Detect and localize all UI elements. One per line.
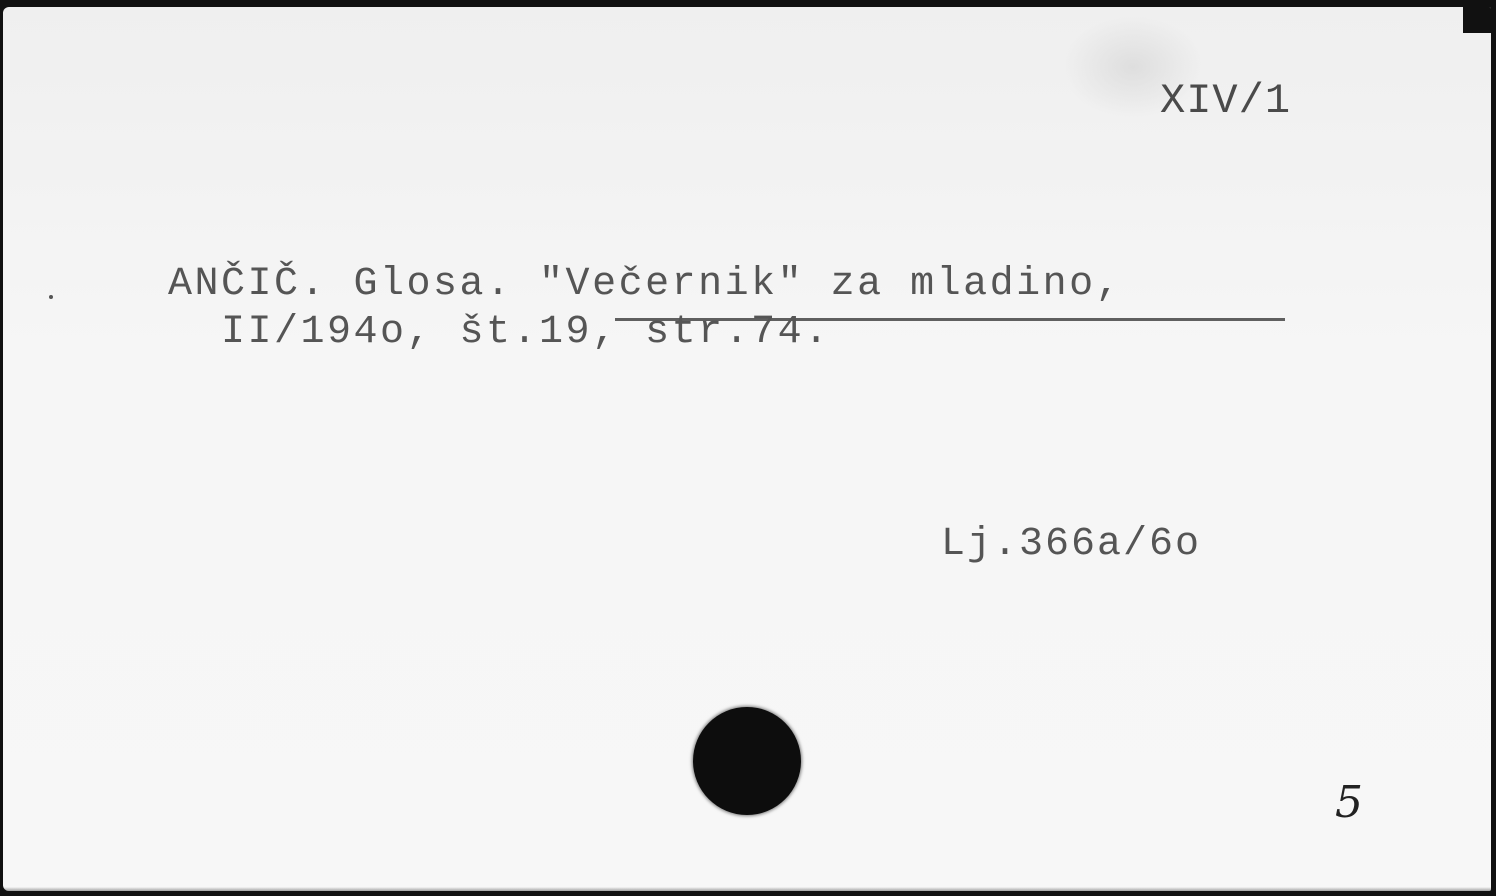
card-edge-shadow xyxy=(3,887,1491,891)
shelfmark: XIV/1 xyxy=(1160,77,1291,125)
bibliographic-entry-line-2: II/194o, št.19, str.74. xyxy=(221,310,831,355)
catalog-card: XIV/1 ANČIČ. Glosa. "Večernik" za mladin… xyxy=(3,7,1491,891)
punch-hole-icon xyxy=(693,707,801,815)
bibliographic-entry-line-1: ANČIČ. Glosa. "Večernik" za mladino, xyxy=(168,262,1122,307)
stray-mark xyxy=(49,295,53,299)
handwritten-number: 5 xyxy=(1335,777,1363,828)
location-code: Lj.366a/6o xyxy=(941,522,1201,567)
card-corner-notch xyxy=(1463,7,1491,33)
